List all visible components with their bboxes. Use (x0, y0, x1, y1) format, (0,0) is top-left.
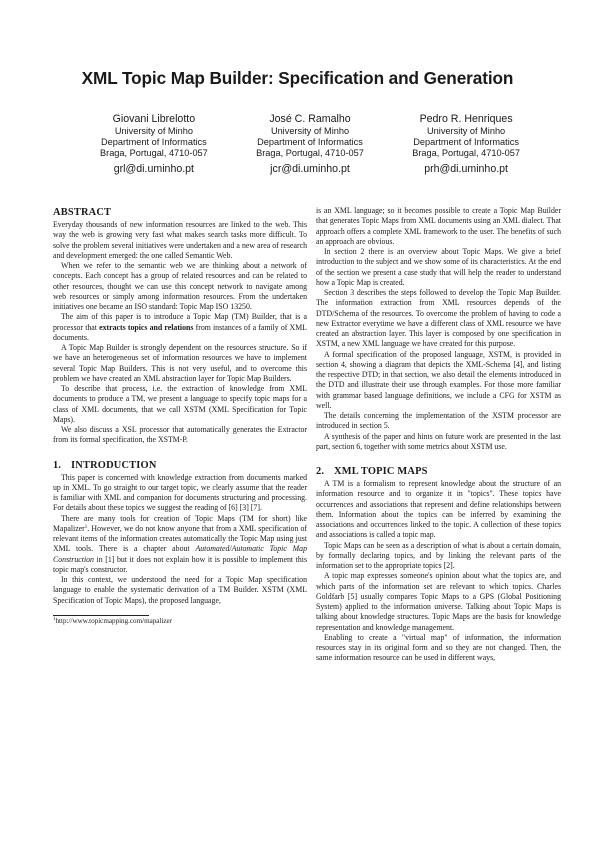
intro-paragraph: There are many tools for creation of Top… (53, 514, 307, 576)
section-1-heading: 1.INTRODUCTION (53, 459, 307, 473)
author-email: prh@di.uminho.pt (412, 162, 520, 176)
author-department: Department of Informatics (412, 137, 520, 148)
abstract-paragraph: Everyday thousands of new information re… (53, 220, 307, 261)
author-university: University of Minho (412, 126, 520, 137)
author-name: Giovani Librelotto (100, 113, 208, 126)
author-location: Braga, Portugal, 4710-057 (100, 148, 208, 159)
author-location: Braga, Portugal, 4710-057 (256, 148, 364, 159)
paper-title: XML Topic Map Builder: Specification and… (0, 68, 595, 89)
intro-paragraph: A formal specification of the proposed l… (316, 350, 561, 412)
section-2-heading: 2.XML TOPIC MAPS (316, 465, 561, 479)
author-email: jcr@di.uminho.pt (256, 162, 364, 176)
right-column: is an XML language; so it becomes possib… (316, 206, 561, 664)
author-2: José C. Ramalho University of Minho Depa… (256, 113, 364, 176)
section-title: XML TOPIC MAPS (334, 466, 428, 477)
abstract-paragraph: When we refer to the semantic web we are… (53, 261, 307, 312)
section-2-paragraph: A TM is a formalism to represent knowled… (316, 479, 561, 541)
section-2-paragraph: A topic map expresses someone's opinion … (316, 571, 561, 633)
footnote-url: http://www.topicmapping.com/mapalizer (56, 617, 173, 625)
author-university: University of Minho (100, 126, 208, 137)
section-2-paragraph: Topic Maps can be seen as a description … (316, 541, 561, 572)
section-number: 1. (53, 459, 71, 473)
author-department: Department of Informatics (256, 137, 364, 148)
author-email: grl@di.uminho.pt (100, 162, 208, 176)
intro-paragraph: is an XML language; so it becomes possib… (316, 206, 561, 247)
section-title: INTRODUCTION (71, 460, 157, 471)
author-location: Braga, Portugal, 4710-057 (412, 148, 520, 159)
author-1: Giovani Librelotto University of Minho D… (100, 113, 208, 176)
footnote: 1http://www.topicmapping.com/mapalizer (53, 616, 307, 626)
bold-text: extracts topics and relations (99, 323, 193, 332)
abstract-paragraph: A Topic Map Builder is strongly dependen… (53, 343, 307, 384)
section-2-paragraph: Enabling to create a "virtual map" of in… (316, 633, 561, 664)
section-number: 2. (316, 465, 334, 479)
abstract-heading: ABSTRACT (53, 206, 307, 220)
author-department: Department of Informatics (100, 137, 208, 148)
abstract-paragraph: To describe that process, i.e. the extra… (53, 384, 307, 425)
intro-paragraph: In section 2 there is an overview about … (316, 247, 561, 288)
intro-paragraph: This paper is concerned with knowledge e… (53, 473, 307, 514)
intro-paragraph: Section 3 describes the steps followed t… (316, 288, 561, 350)
author-university: University of Minho (256, 126, 364, 137)
abstract-paragraph: The aim of this paper is to introduce a … (53, 312, 307, 343)
intro-paragraph: In this context, we understood the need … (53, 575, 307, 606)
author-3: Pedro R. Henriques University of Minho D… (412, 113, 520, 176)
author-name: Pedro R. Henriques (412, 113, 520, 126)
author-name: José C. Ramalho (256, 113, 364, 126)
author-block: Giovani Librelotto University of Minho D… (100, 113, 520, 176)
intro-paragraph: A synthesis of the paper and hints on fu… (316, 432, 561, 453)
intro-paragraph: The details concerning the implementatio… (316, 411, 561, 432)
abstract-paragraph: We also discuss a XSL processor that aut… (53, 425, 307, 446)
left-column: ABSTRACT Everyday thousands of new infor… (53, 206, 307, 626)
